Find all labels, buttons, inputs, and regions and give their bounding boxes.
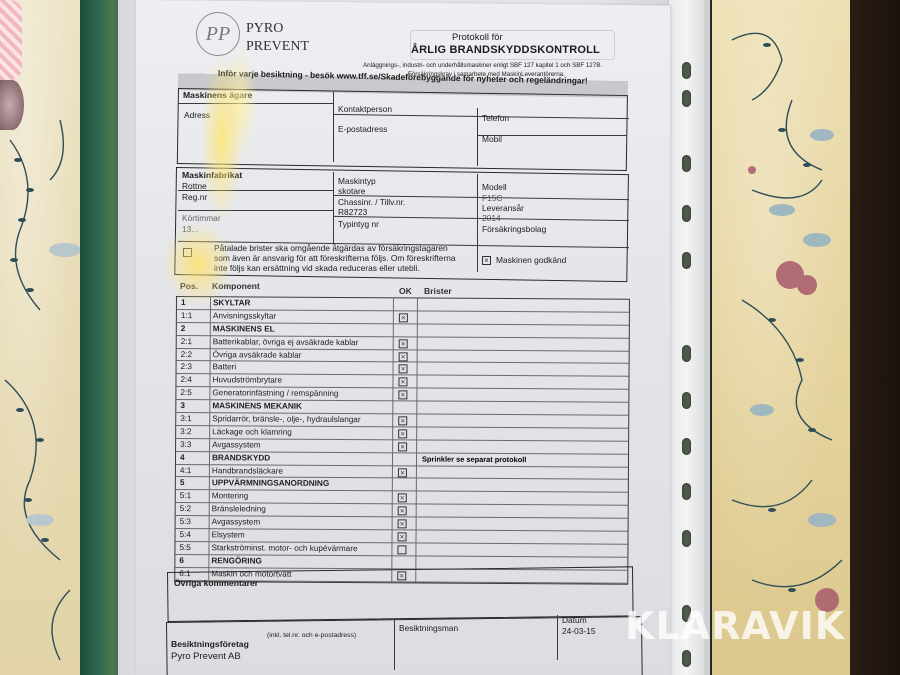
row-position: 5:4 bbox=[179, 529, 209, 542]
logo-line-2: PREVENT bbox=[246, 38, 309, 56]
punch-hole bbox=[682, 530, 691, 547]
row-component: MASKINENS EL bbox=[213, 323, 275, 336]
punch-hole bbox=[682, 483, 691, 500]
ok-checkbox[interactable]: × bbox=[399, 313, 408, 322]
ok-checkbox[interactable]: × bbox=[398, 532, 407, 541]
row-position: 1:1 bbox=[181, 310, 211, 323]
row-defect-note: Sprinkler se separat protokoll bbox=[422, 453, 526, 467]
punch-hole bbox=[682, 392, 691, 409]
hours-value: 13... bbox=[182, 224, 198, 234]
divider bbox=[178, 103, 333, 104]
divider bbox=[394, 620, 395, 670]
klaravik-watermark: KLARAVIK bbox=[625, 604, 845, 648]
row-position: 5 bbox=[180, 477, 210, 490]
date-label: Datum bbox=[562, 615, 587, 625]
machine-approved-checkbox[interactable]: × bbox=[482, 256, 491, 265]
email-label: E-postadress bbox=[338, 124, 387, 134]
machine-type-label: Maskintyp bbox=[338, 176, 376, 186]
inspection-company-label: Besiktningsföretag bbox=[171, 639, 249, 649]
row-position: 5:2 bbox=[180, 503, 210, 516]
punch-hole bbox=[682, 205, 691, 222]
row-position: 4:1 bbox=[180, 465, 210, 478]
row-position: 2:5 bbox=[180, 387, 210, 400]
floral-pattern-right bbox=[712, 0, 852, 675]
row-component: SKYLTAR bbox=[213, 297, 251, 310]
row-position: 2:1 bbox=[181, 336, 211, 349]
divider bbox=[178, 190, 333, 191]
ok-checkbox[interactable]: × bbox=[398, 519, 407, 528]
ok-checkbox[interactable]: × bbox=[399, 352, 408, 361]
row-component: Spridarrör, bränsle-, olje-, hydraulslan… bbox=[212, 413, 360, 427]
row-position: 5:1 bbox=[180, 490, 210, 503]
insurer-label: Försäkringsbolag bbox=[482, 224, 546, 234]
mobile-label: Mobil bbox=[482, 134, 502, 144]
model-label: Modell bbox=[482, 182, 507, 192]
model-value: F15C bbox=[482, 193, 502, 203]
owner-title: Maskinens ägare bbox=[183, 90, 252, 100]
ok-checkbox[interactable]: × bbox=[398, 391, 407, 400]
row-component: Huvudströmbrytare bbox=[212, 375, 282, 388]
address-label: Adress bbox=[184, 110, 210, 120]
checklist-table: 1SKYLTAR1:1Anvisningsskyltar×2MASKINENS … bbox=[174, 296, 630, 584]
ok-checkbox[interactable]: × bbox=[398, 429, 407, 438]
deficiency-checkbox[interactable] bbox=[183, 248, 192, 257]
phone-label: Telefon bbox=[482, 113, 509, 123]
cupcake-liner bbox=[0, 0, 22, 80]
ok-checkbox[interactable]: × bbox=[399, 339, 408, 348]
row-component: Övriga avsäkrade kablar bbox=[213, 349, 302, 362]
row-position: 5:5 bbox=[179, 542, 209, 555]
punch-hole bbox=[682, 345, 691, 362]
row-component: Elsystem bbox=[211, 529, 244, 542]
ok-checkbox[interactable]: × bbox=[399, 365, 408, 374]
ok-checkbox[interactable]: × bbox=[398, 416, 407, 425]
row-component: Handbrandsläckare bbox=[212, 465, 283, 478]
pyro-prevent-logo-icon: PP bbox=[196, 12, 240, 56]
divider bbox=[333, 172, 334, 244]
row-component: Bränsleledning bbox=[212, 503, 266, 516]
row-component: UPPVÄRMNINGSANORDNING bbox=[212, 478, 329, 492]
owner-section bbox=[177, 88, 628, 171]
row-position: 3 bbox=[180, 400, 210, 413]
machine-approved-label: Maskinen godkänd bbox=[496, 255, 566, 265]
row-component: Avgassystem bbox=[212, 516, 261, 529]
row-position: 5:3 bbox=[180, 516, 210, 529]
row-component: Läckage och klamring bbox=[212, 426, 292, 439]
punch-hole bbox=[682, 252, 691, 269]
row-position: 1 bbox=[181, 297, 211, 310]
inspection-company-value: Pyro Prevent AB bbox=[171, 651, 241, 662]
comments-label: Övriga kommentarer bbox=[174, 578, 258, 588]
inspector-label: Besiktningsman bbox=[399, 623, 458, 633]
punch-hole bbox=[682, 438, 691, 455]
delivery-year-label: Leveransår bbox=[482, 203, 524, 213]
ok-checkbox[interactable] bbox=[397, 545, 406, 554]
col-header-component: Komponent bbox=[212, 281, 260, 291]
comments-box[interactable] bbox=[167, 566, 634, 622]
row-component: Batterikablar, övriga ej avsäkrade kabla… bbox=[213, 336, 359, 350]
row-component: Batteri bbox=[213, 362, 237, 375]
punch-hole bbox=[682, 650, 691, 667]
hours-label: Körtimmar bbox=[182, 213, 221, 223]
row-component: Anvisningsskyltar bbox=[213, 310, 276, 323]
inspection-company-hint: (inkl. tel.nr. och e-postadress) bbox=[267, 632, 356, 639]
table-edge-shadow bbox=[850, 0, 900, 675]
ok-checkbox[interactable]: × bbox=[398, 378, 407, 387]
col-header-defects: Brister bbox=[424, 286, 452, 296]
machine-type-value: skotare bbox=[338, 186, 365, 196]
divider bbox=[477, 174, 478, 272]
col-header-ok: OK bbox=[399, 286, 412, 296]
row-component: Generatorinfästning / remspänning bbox=[212, 387, 338, 401]
divider bbox=[333, 92, 334, 162]
row-component: Starkströminst. motor- och kupévärmare bbox=[211, 542, 357, 556]
row-component: Montering bbox=[212, 491, 249, 504]
row-position: 3:2 bbox=[180, 426, 210, 439]
row-position: 2:4 bbox=[180, 374, 210, 387]
contact-person-label: Kontaktperson bbox=[338, 104, 392, 114]
col-header-pos: Pos. bbox=[180, 281, 198, 291]
date-value: 24-03-15 bbox=[562, 626, 596, 636]
row-position: 2 bbox=[181, 323, 211, 336]
ok-checkbox[interactable]: × bbox=[398, 494, 407, 503]
row-position: 3:1 bbox=[180, 413, 210, 426]
type-cert-label: Typintyg nr bbox=[338, 219, 379, 229]
delivery-year-value: 2014 bbox=[482, 213, 501, 223]
deficiency-notice-line-2: som även är ansvarig för att föreskrifte… bbox=[214, 253, 456, 263]
ok-checkbox[interactable]: × bbox=[398, 507, 407, 516]
row-component: Avgassystem bbox=[212, 439, 261, 452]
row-component: BRANDSKYDD bbox=[212, 452, 270, 465]
form-title: ÅRLIG BRANDSKYDDSKONTROLL bbox=[411, 44, 600, 56]
form-subtitle: Protokoll för bbox=[452, 32, 503, 43]
reg-number-label: Reg.nr bbox=[182, 192, 207, 202]
row-component: RENGÖRING bbox=[211, 555, 262, 568]
floral-pattern-left bbox=[0, 120, 86, 660]
punch-hole bbox=[682, 90, 691, 107]
divider bbox=[557, 615, 558, 660]
row-position: 6 bbox=[179, 555, 209, 568]
divider bbox=[178, 210, 333, 211]
row-position: 4 bbox=[180, 452, 210, 465]
row-component: MASKINENS MEKANIK bbox=[212, 400, 302, 413]
chassis-value: R82723 bbox=[338, 207, 367, 217]
ok-checkbox[interactable]: × bbox=[398, 442, 407, 451]
row-position: 2:2 bbox=[181, 349, 211, 362]
row-position: 3:3 bbox=[180, 439, 210, 452]
chassis-label: Chassinr. / Tillv.nr. bbox=[338, 197, 405, 207]
ok-checkbox[interactable]: × bbox=[398, 468, 407, 477]
punch-hole bbox=[682, 155, 691, 172]
punch-hole bbox=[682, 62, 691, 79]
logo-line-1: PYRO bbox=[246, 20, 309, 38]
machine-maker-label: Maskinfabrikat bbox=[182, 170, 242, 180]
deficiency-notice-line-1: Påtalade brister ska omgående åtgärdas a… bbox=[214, 243, 448, 253]
deficiency-notice-line-3: inte följs kan ersättning vid skada redu… bbox=[214, 263, 420, 273]
row-position: 2:3 bbox=[181, 361, 211, 374]
logo-wordmark: PYRO PREVENT bbox=[246, 20, 309, 56]
